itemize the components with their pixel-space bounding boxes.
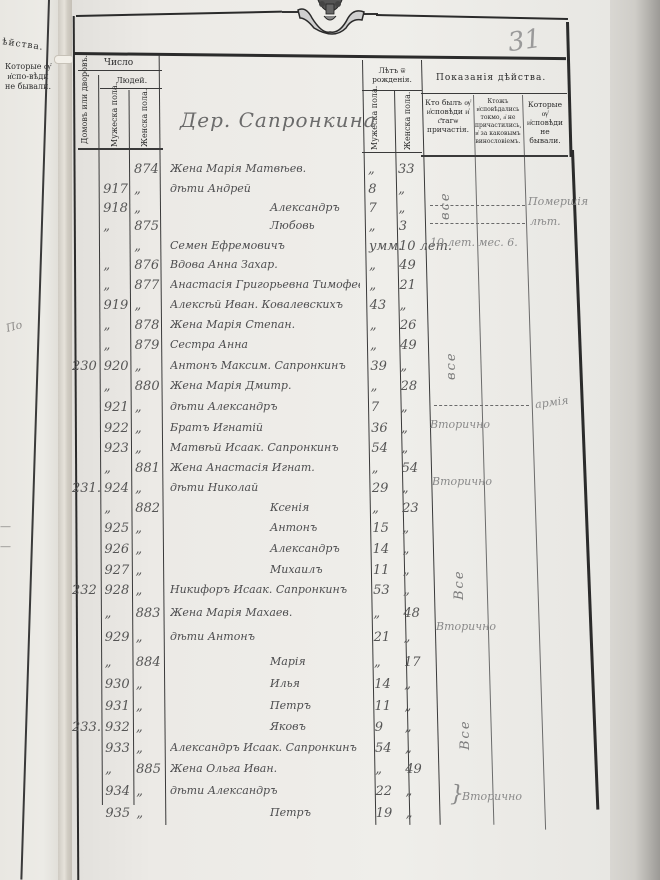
female-age: 49	[400, 338, 417, 353]
header-domov: Домовъ или дворовъ.	[80, 92, 89, 144]
male-number: 922	[104, 421, 129, 436]
male-number: 925	[104, 521, 129, 536]
person-name: Любовь	[170, 219, 315, 232]
female-number: „	[136, 806, 143, 821]
female-number: „	[134, 298, 141, 313]
header-zhen: Женска пола.	[140, 92, 149, 147]
female-age: „	[402, 521, 409, 536]
person-name: Марія	[170, 655, 306, 668]
male-number: 918	[103, 201, 128, 216]
note-let: лѣт.	[530, 215, 561, 228]
person-name: Вдова Анна Захар.	[170, 258, 278, 271]
note-pomershiya: Помершія	[528, 195, 588, 208]
female-number: „	[135, 521, 142, 536]
male-age: 7	[368, 201, 376, 216]
female-number: 879	[135, 338, 160, 353]
male-age: „	[369, 278, 376, 293]
female-age: 33	[398, 162, 415, 177]
female-number: 876	[134, 258, 159, 273]
person-name: Сестра Анна	[170, 338, 248, 351]
header-muzh: Мужеска пола.	[110, 92, 119, 147]
person-name: Никифоръ Исаак. Сапронкинъ	[170, 583, 347, 596]
male-number: 930	[105, 677, 130, 692]
male-number: 919	[103, 298, 128, 313]
male-number: „	[103, 278, 110, 293]
male-number: 920	[104, 359, 129, 374]
male-age: 53	[373, 583, 390, 598]
vertical-note-3: Все	[452, 510, 467, 600]
female-number: 880	[135, 379, 160, 394]
person-name: Яковъ	[170, 720, 306, 733]
female-number: 877	[134, 278, 159, 293]
male-number: 933	[105, 741, 130, 756]
female-age: „	[398, 182, 405, 197]
male-number: „	[104, 461, 111, 476]
female-number: „	[135, 441, 142, 456]
female-number: 878	[135, 318, 160, 333]
male-age: 36	[371, 421, 388, 436]
male-number: 926	[104, 542, 129, 557]
male-age: 54	[375, 741, 392, 756]
female-age: „	[400, 359, 407, 374]
person-name: дѣти Александръ	[170, 400, 277, 413]
male-age: 7	[371, 400, 379, 415]
house-number: 230	[72, 359, 97, 374]
female-number: „	[135, 542, 142, 557]
female-age: „	[404, 699, 411, 714]
male-age: 54	[371, 441, 388, 456]
person-name: Жена Анастасія Игнат.	[170, 461, 315, 474]
female-number: 875	[134, 219, 159, 234]
female-number: „	[136, 583, 143, 598]
male-number: 931	[105, 699, 130, 714]
folio-number: 31	[506, 24, 543, 58]
hdr-line-chislo	[78, 70, 162, 71]
page-edge	[610, 0, 660, 880]
dash-line-2	[430, 223, 525, 224]
person-name: Антонъ	[170, 521, 317, 534]
male-age: 19	[376, 806, 393, 821]
hdr-line-bottom-leta	[362, 152, 422, 153]
note-vtorichno-4: Вторично	[462, 790, 522, 803]
female-number: „	[135, 359, 142, 374]
imperial-eagle-emblem-icon	[282, 0, 378, 36]
note-vtorichno-1: Вторично	[430, 418, 490, 431]
note-vtorichno-2: Вторично	[432, 475, 492, 488]
house-number: 233.	[72, 720, 101, 735]
person-name: Жена Марія Дмитр.	[170, 379, 291, 392]
female-number: 885	[136, 762, 161, 777]
hdr-line-bottom-left	[78, 148, 163, 150]
female-age: 21	[399, 278, 416, 293]
female-age: 49	[405, 762, 422, 777]
note-vtorichno-3: Вторично	[436, 620, 496, 633]
female-age: 48	[403, 606, 420, 621]
dash-line-3	[434, 405, 529, 406]
male-age: умм.	[369, 239, 402, 254]
female-age: 17	[404, 655, 421, 670]
header-leta: Лѣтъ ѿ рожденія.	[364, 66, 420, 84]
male-age: „	[372, 461, 379, 476]
male-age: „	[375, 762, 382, 777]
male-number: 927	[104, 563, 129, 578]
male-age: „	[369, 258, 376, 273]
male-age: 11	[373, 563, 390, 578]
male-age: „	[370, 338, 377, 353]
header-pokazaniya: Показанія дѣйства.	[436, 73, 546, 83]
female-age: 54	[402, 461, 419, 476]
female-age: „	[401, 441, 408, 456]
male-age: 11	[374, 699, 391, 714]
left-margin-dash-1: —	[0, 520, 11, 533]
male-number: „	[105, 606, 112, 621]
female-age: „	[403, 542, 410, 557]
person-name: Жена Марія Степан.	[170, 318, 295, 331]
female-age: „	[404, 630, 411, 645]
male-age: 9	[375, 720, 383, 735]
male-number: „	[104, 379, 111, 394]
female-age: 26	[400, 318, 417, 333]
left-page-border	[20, 0, 50, 880]
header-col-ispovedalis: Ктожъ и҆сповѣдались токмо, а҆ не причаст…	[475, 98, 521, 146]
person-name: дѣти Антонъ	[170, 630, 255, 643]
female-number: „	[134, 239, 141, 254]
female-age: „	[401, 400, 408, 415]
female-number: 883	[136, 606, 161, 621]
male-age: 14	[374, 677, 391, 692]
person-name: Петръ	[170, 806, 311, 819]
male-age: 15	[372, 521, 389, 536]
male-age: „	[371, 379, 378, 394]
person-name: Жена Марія Махаев.	[170, 606, 292, 619]
female-age: 3	[399, 219, 407, 234]
female-number: „	[136, 720, 143, 735]
house-number: 231.	[72, 481, 101, 496]
person-name: Ксенія	[170, 501, 309, 514]
female-number: „	[136, 784, 143, 799]
female-age: „	[402, 481, 409, 496]
person-name: Жена Ольга Иван.	[170, 762, 277, 775]
person-name: дѣти Николай	[170, 481, 258, 494]
left-margin-note: По	[5, 318, 24, 335]
male-number: 921	[104, 400, 129, 415]
person-name: Алексѣй Иван. Ковалевскихъ	[170, 298, 343, 311]
male-number: „	[103, 258, 110, 273]
male-age: 14	[373, 542, 390, 557]
village-title: Дер. Сапронкина	[180, 108, 377, 132]
male-age: „	[374, 655, 381, 670]
male-age: 29	[372, 481, 389, 496]
person-name: Петръ	[170, 699, 311, 712]
note-age: 10 лет. мес. 6.	[430, 236, 518, 249]
male-age: „	[373, 606, 380, 621]
person-name: дѣти Александръ	[170, 784, 277, 797]
female-number: „	[134, 201, 141, 216]
hdr-line-bottom-pokaz	[421, 155, 568, 157]
vertical-note-1: все	[438, 160, 453, 220]
female-number: „	[134, 182, 141, 197]
male-number: 924	[104, 481, 129, 496]
person-name: Антонъ Максим. Сапронкинъ	[170, 359, 346, 372]
male-age: „	[372, 501, 379, 516]
person-name: Анастасія Григорьевна Тимофеевых	[170, 278, 360, 291]
male-age: 43	[370, 298, 387, 313]
hdr-line-pokaz	[421, 93, 567, 94]
male-number: „	[105, 762, 112, 777]
male-age: 39	[370, 359, 387, 374]
female-age: „	[403, 583, 410, 598]
female-age: „	[405, 741, 412, 756]
female-number: 881	[135, 461, 160, 476]
male-age: „	[368, 162, 375, 177]
header-leta-zhen: Женска пола.	[403, 94, 412, 150]
male-number: 935	[105, 806, 130, 821]
person-name: Братъ Игнатій	[170, 421, 263, 434]
female-number: „	[136, 741, 143, 756]
male-number: 929	[105, 630, 130, 645]
female-age: 49	[399, 258, 416, 273]
female-age: „	[405, 784, 412, 799]
binding-thread	[54, 55, 74, 64]
header-chislo: Число	[104, 58, 133, 68]
person-name: дѣти Андрей	[170, 182, 251, 195]
vertical-note-4: Все	[458, 660, 473, 750]
female-age: „	[403, 563, 410, 578]
male-number: „	[104, 318, 111, 333]
female-age: „	[406, 806, 413, 821]
person-name: Жена Марія Матвѣев.	[170, 162, 306, 175]
female-number: „	[136, 677, 143, 692]
header-col-byli: Кто былъ ѹ҆ и҆сповѣди и҆ с҃тагѡ причасті…	[423, 98, 473, 134]
male-number: „	[105, 655, 112, 670]
male-age: 22	[375, 784, 392, 799]
male-number: 934	[105, 784, 130, 799]
female-age: „	[401, 421, 408, 436]
person-name: Илья	[170, 677, 300, 690]
person-name: Матвѣй Исаак. Сапронкинъ	[170, 441, 339, 454]
male-number: 917	[103, 182, 128, 197]
male-number: 928	[105, 583, 130, 598]
female-number: „	[135, 563, 142, 578]
female-age: 23	[402, 501, 419, 516]
person-name: Александръ Исаак. Сапронкинъ	[170, 741, 357, 754]
male-age: 21	[374, 630, 391, 645]
female-number: „	[136, 699, 143, 714]
person-name: Семен Ефремовичъ	[170, 239, 285, 252]
male-number: „	[104, 501, 111, 516]
house-number: 232	[72, 583, 97, 598]
header-col-ne-byli: Которые ѹ҆ и҆сповѣди не бывали.	[524, 100, 566, 145]
male-age: „	[369, 219, 376, 234]
left-page: ѣйства. Которые ѹ҆ и҆спо-вѣди не бывали.…	[0, 0, 62, 880]
person-name: Михаилъ	[170, 563, 323, 576]
female-number: 882	[135, 501, 160, 516]
male-number: 923	[104, 441, 129, 456]
female-age: „	[404, 677, 411, 692]
female-number: „	[135, 400, 142, 415]
brace-mark: }	[450, 782, 464, 807]
left-margin-dash-2: —	[0, 540, 11, 553]
vertical-note-2: все	[444, 260, 459, 380]
male-age: „	[370, 318, 377, 333]
female-age: „	[405, 720, 412, 735]
female-number: „	[135, 421, 142, 436]
left-header-tail: ѣйства.	[2, 37, 45, 53]
male-number: „	[104, 338, 111, 353]
female-number: „	[135, 481, 142, 496]
male-age: 8	[368, 182, 376, 197]
female-age: „	[400, 298, 407, 313]
female-age: „	[398, 201, 405, 216]
female-age: 28	[401, 379, 418, 394]
person-name: Александръ	[170, 201, 340, 214]
header-lyudey: Людей.	[116, 76, 147, 85]
male-number: „	[103, 219, 110, 234]
female-number: „	[136, 630, 143, 645]
female-number: 884	[136, 655, 161, 670]
female-number: 874	[134, 162, 159, 177]
male-number: 932	[105, 720, 130, 735]
person-name: Александръ	[170, 542, 340, 555]
